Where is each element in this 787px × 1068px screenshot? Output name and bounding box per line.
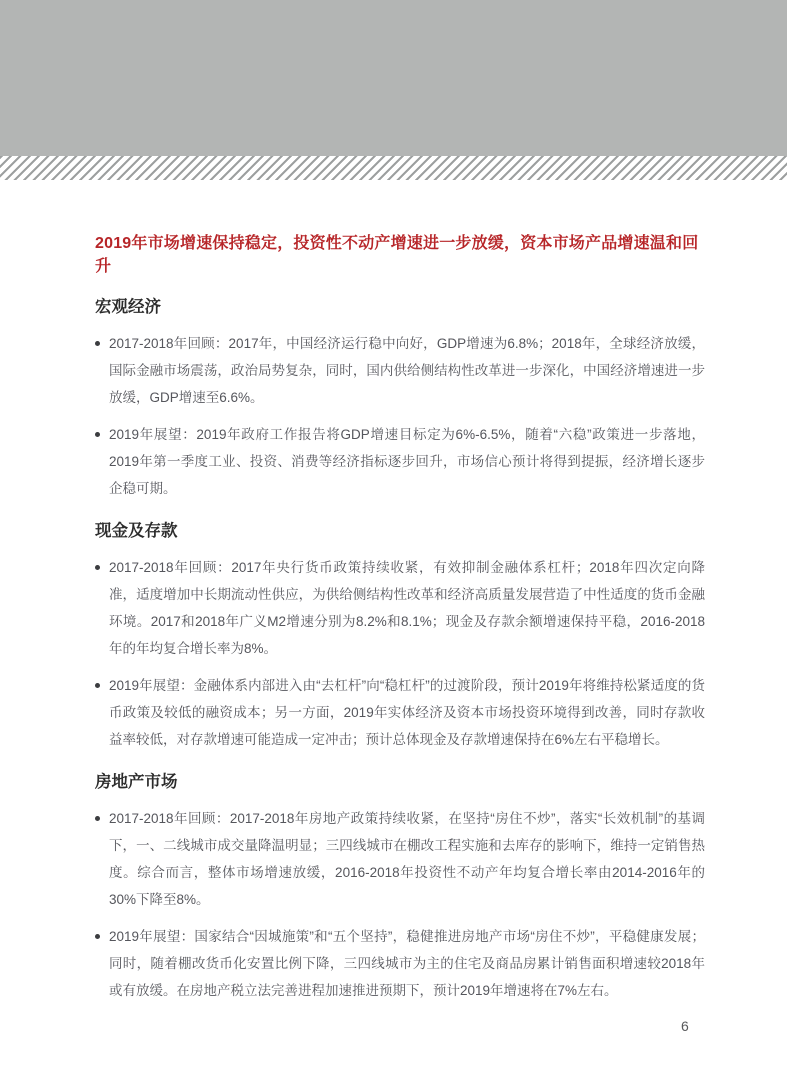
bullet-dot-icon xyxy=(95,432,100,437)
bullet-item: 2019年展望：国家结合“因城施策”和“五个坚持”，稳健推进房地产市场“房住不炒… xyxy=(95,923,705,1004)
bullet-list: 2017-2018年回顾：2017-2018年房地产政策持续收紧，在坚持“房住不… xyxy=(95,805,705,1004)
header-banner xyxy=(0,0,787,156)
section-heading-cash-deposits: 现金及存款 xyxy=(95,520,705,542)
page-content: 2019年市场增速保持稳定，投资性不动产增速进一步放缓，资本市场产品增速温和回升… xyxy=(0,180,787,1014)
bullet-text: 2017-2018年回顾：2017年央行货币政策持续收紧，有效抑制金融体系杠杆；… xyxy=(109,560,705,656)
section-heading-macro-economy: 宏观经济 xyxy=(95,296,705,318)
bullet-dot-icon xyxy=(95,565,100,570)
bullet-dot-icon xyxy=(95,341,100,346)
page-number: 6 xyxy=(681,1018,689,1034)
bullet-item: 2017-2018年回顾：2017年，中国经济运行稳中向好，GDP增速为6.8%… xyxy=(95,330,705,411)
bullet-dot-icon xyxy=(95,683,100,688)
page-title: 2019年市场增速保持稳定，投资性不动产增速进一步放缓，资本市场产品增速温和回升 xyxy=(95,232,705,278)
bullet-list: 2017-2018年回顾：2017年央行货币政策持续收紧，有效抑制金融体系杠杆；… xyxy=(95,554,705,753)
bullet-text: 2019年展望：2019年政府工作报告将GDP增速目标定为6%-6.5%，随着“… xyxy=(109,427,705,496)
report-page: 2019年市场增速保持稳定，投资性不动产增速进一步放缓，资本市场产品增速温和回升… xyxy=(0,0,787,1068)
bullet-dot-icon xyxy=(95,934,100,939)
bullet-item: 2019年展望：金融体系内部进入由“去杠杆”向“稳杠杆”的过渡阶段，预计2019… xyxy=(95,672,705,753)
bullet-text: 2019年展望：国家结合“因城施策”和“五个坚持”，稳健推进房地产市场“房住不炒… xyxy=(109,929,705,998)
bullet-item: 2017-2018年回顾：2017-2018年房地产政策持续收紧，在坚持“房住不… xyxy=(95,805,705,913)
bullet-text: 2017-2018年回顾：2017年，中国经济运行稳中向好，GDP增速为6.8%… xyxy=(109,336,705,405)
bullet-list: 2017-2018年回顾：2017年，中国经济运行稳中向好，GDP增速为6.8%… xyxy=(95,330,705,502)
diagonal-stripe-band xyxy=(0,156,787,180)
section-heading-real-estate: 房地产市场 xyxy=(95,771,705,793)
bullet-text: 2019年展望：金融体系内部进入由“去杠杆”向“稳杠杆”的过渡阶段，预计2019… xyxy=(109,678,705,747)
bullet-item: 2017-2018年回顾：2017年央行货币政策持续收紧，有效抑制金融体系杠杆；… xyxy=(95,554,705,662)
bullet-text: 2017-2018年回顾：2017-2018年房地产政策持续收紧，在坚持“房住不… xyxy=(109,811,705,907)
bullet-dot-icon xyxy=(95,816,100,821)
bullet-item: 2019年展望：2019年政府工作报告将GDP增速目标定为6%-6.5%，随着“… xyxy=(95,421,705,502)
